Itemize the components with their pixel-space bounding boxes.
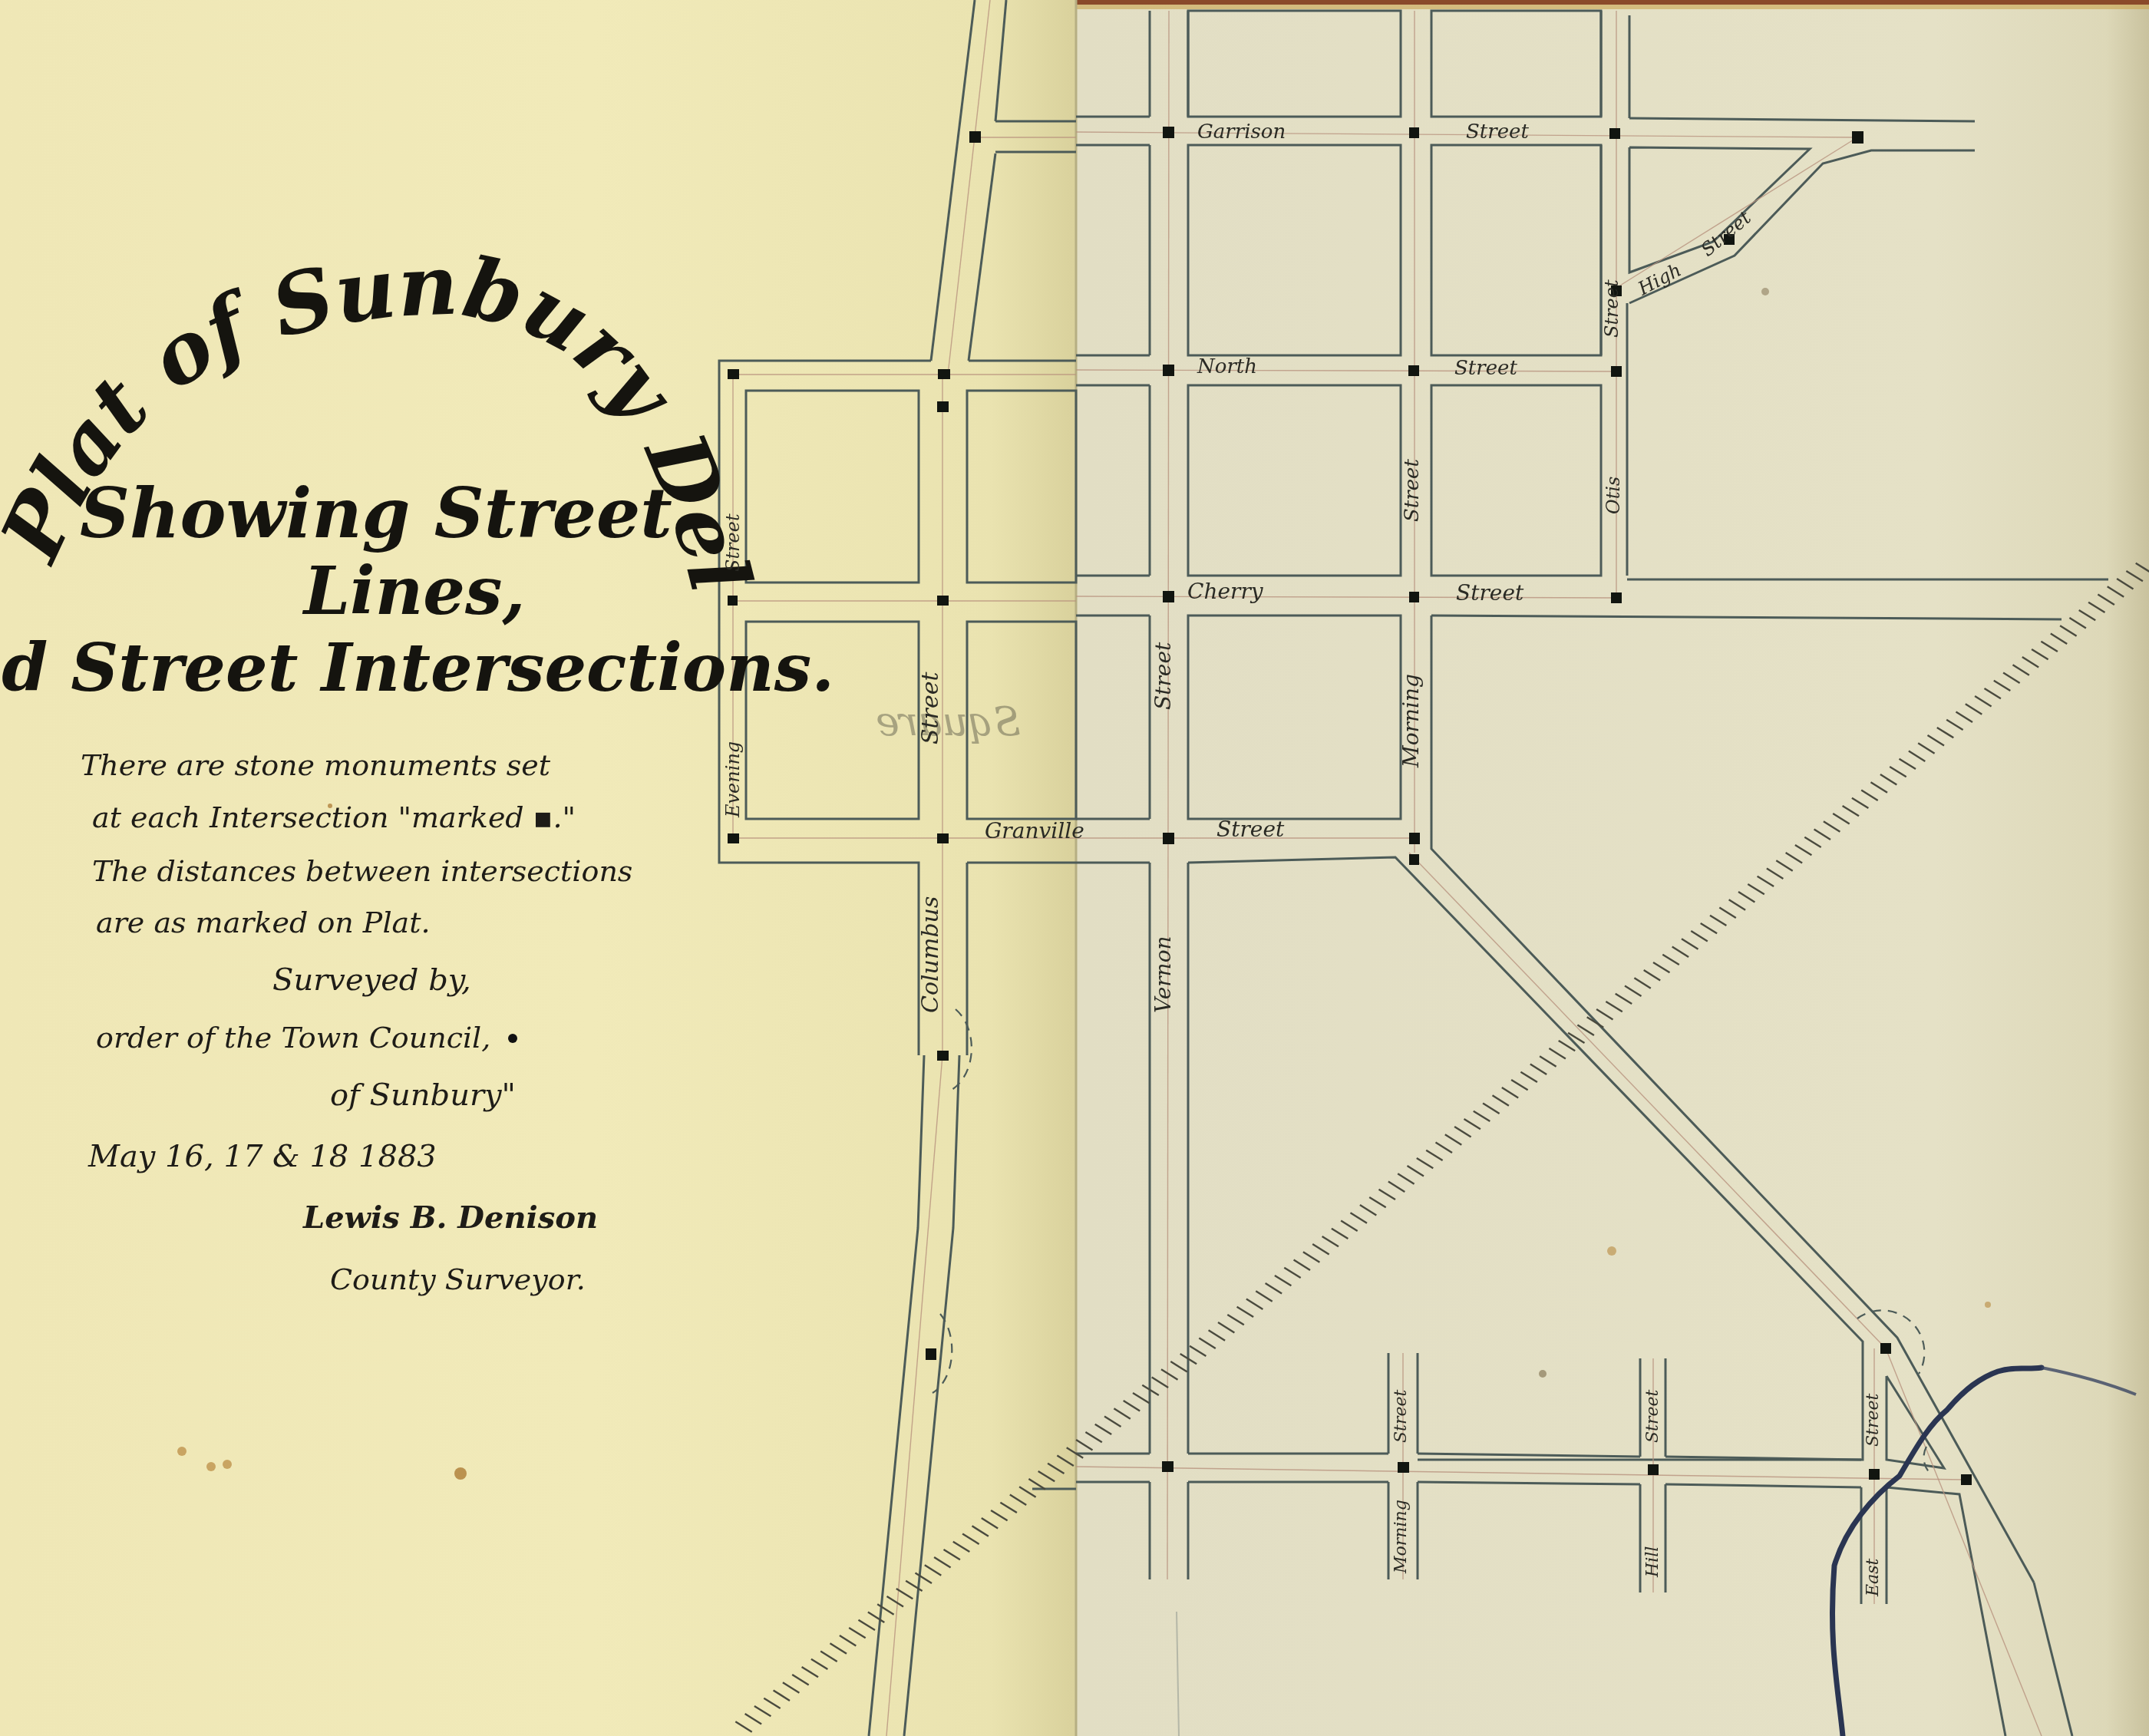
label-vernon-street: Street — [1150, 642, 1176, 710]
label-otis-high-street: Street — [1601, 279, 1622, 338]
bleed-through-text: Square — [876, 699, 1021, 745]
label-morning-lower: Morning — [1391, 1500, 1411, 1574]
label-hill-street: Street — [1643, 1390, 1662, 1443]
label-evening: Evening — [722, 741, 744, 818]
surveyed-by: Surveyed by, — [272, 962, 471, 998]
label-granville: Granville — [985, 818, 1084, 843]
label-columbus-street: Street — [917, 672, 944, 744]
title-line-2: Showing Street — [80, 473, 672, 554]
note-line-4: are as marked on Plat. — [96, 906, 431, 939]
label-otis: Otis — [1603, 477, 1624, 514]
plat-map: Square — [0, 0, 2149, 1736]
label-garrison: Garrison — [1197, 120, 1286, 144]
label-north: North — [1197, 355, 1257, 378]
right-sheet — [1076, 0, 2149, 1736]
label-cherry-street: Street — [1456, 580, 1524, 606]
label-morning: Morning — [1398, 674, 1424, 768]
label-columbus: Columbus — [917, 896, 944, 1013]
label-cherry: Cherry — [1187, 579, 1264, 604]
ink-dot — [508, 1034, 517, 1043]
note-line-2: at each Intersection "marked ▪." — [92, 800, 576, 834]
label-north-street: Street — [1454, 357, 1517, 380]
surveyor-name: Lewis B. Denison — [302, 1200, 598, 1236]
note-line-3: The distances between intersections — [92, 854, 632, 888]
surveyor-title: County Surveyor. — [330, 1262, 586, 1296]
order-line: order of the Town Council, — [96, 1021, 490, 1054]
frame-edge-top — [1076, 0, 2149, 5]
label-garrison-street: Street — [1466, 120, 1529, 144]
label-evening-street: Street — [722, 513, 744, 572]
title-line-3: Lines, — [302, 553, 526, 630]
label-morning-lower-street: Street — [1391, 1390, 1411, 1443]
label-east-street: Street — [1863, 1394, 1883, 1447]
label-hill: Hill — [1643, 1546, 1662, 1578]
survey-date: May 16, 17 & 18 1883 — [87, 1139, 437, 1174]
label-granville-street: Street — [1216, 817, 1285, 842]
label-vernon: Vernon — [1150, 936, 1176, 1013]
title-line-4: And Street Intersections. — [0, 629, 834, 707]
note-line-1: There are stone monuments set — [81, 748, 551, 782]
label-morning-street: Street — [1401, 459, 1424, 522]
of-sunbury-line: of Sunbury" — [330, 1078, 516, 1113]
label-east: East — [1863, 1559, 1883, 1597]
